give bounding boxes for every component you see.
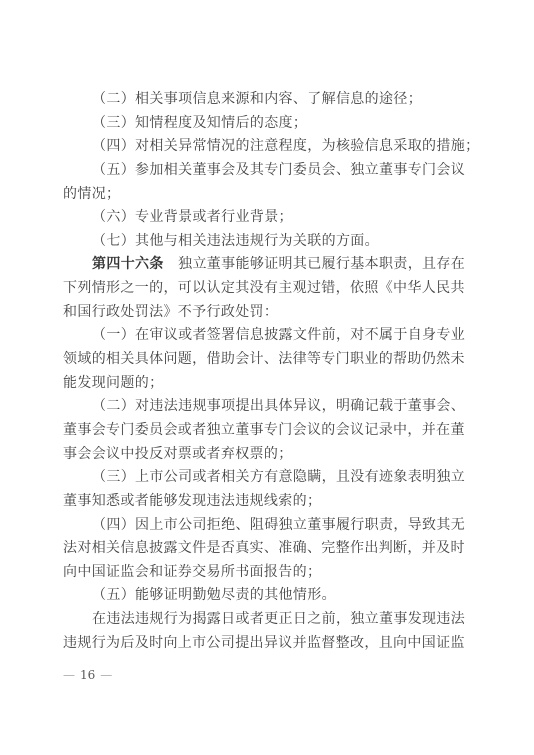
text-line: 下列情形之一的，可以认定其没有主观过错，依照《中华人民共 [63, 277, 469, 301]
text-line: 的情况； [63, 183, 469, 207]
text-line: 向中国证监会和证券交易所书面报告的； [63, 561, 469, 585]
footer-dash-right: — [100, 668, 112, 682]
text-line: 在违法违规行为揭露日或者更正日之前，独立董事发现违法 [63, 608, 469, 632]
text-line: 法对相关信息披露文件是否真实、准确、完整作出判断，并及时 [63, 537, 469, 561]
text-line: （二）对违法违规事项提出具体异议，明确记载于董事会、 [63, 395, 469, 419]
text-line: （四）对相关异常情况的注意程度，为核验信息采取的措施； [63, 135, 469, 159]
text-line: （三）上市公司或者相关方有意隐瞒，且没有迹象表明独立 [63, 466, 469, 490]
text-line: 董事会专门委员会或者独立董事专门会议的会议记录中，并在董 [63, 419, 469, 443]
text-line: （一）在审议或者签署信息披露文件前，对不属于自身专业 [63, 324, 469, 348]
text-line: （五）能够证明勤勉尽责的其他情形。 [63, 584, 469, 608]
page-number: 16 [75, 668, 100, 682]
text-line: （二）相关事项信息来源和内容、了解信息的途径； [63, 88, 469, 112]
text-line: 能发现问题的； [63, 372, 469, 396]
text-line: 董事知悉或者能够发现违法违规线索的； [63, 490, 469, 514]
text-line: （五）参加相关董事会及其专门委员会、独立董事专门会议 [63, 159, 469, 183]
text-line: （四）因上市公司拒绝、阻碍独立董事履行职责，导致其无 [63, 514, 469, 538]
text-line: 事会会议中投反对票或者弃权票的； [63, 443, 469, 467]
text-line: （六）专业背景或者行业背景； [63, 206, 469, 230]
footer-dash-left: — [63, 668, 75, 682]
text-line: （三）知情程度及知情后的态度； [63, 112, 469, 136]
article-heading-line: 第四十六条 独立董事能够证明其已履行基本职责，且存在 [63, 253, 469, 277]
article-heading-text: 独立董事能够证明其已履行基本职责，且存在 [164, 256, 465, 272]
text-line: （七）其他与相关违法违规行为关联的方面。 [63, 230, 469, 254]
page-footer: —16— [63, 666, 112, 684]
text-line: 领域的相关具体问题，借助会计、法律等专门职业的帮助仍然未 [63, 348, 469, 372]
article-number: 第四十六条 [92, 256, 164, 272]
scan-page: （二）相关事项信息来源和内容、了解信息的途径；（三）知情程度及知情后的态度；（四… [0, 0, 534, 755]
document-body: （二）相关事项信息来源和内容、了解信息的途径；（三）知情程度及知情后的态度；（四… [63, 88, 469, 655]
text-line: 和国行政处罚法》不予行政处罚： [63, 301, 469, 325]
text-line: 违规行为后及时向上市公司提出异议并监督整改，且向中国证监 [63, 632, 469, 656]
